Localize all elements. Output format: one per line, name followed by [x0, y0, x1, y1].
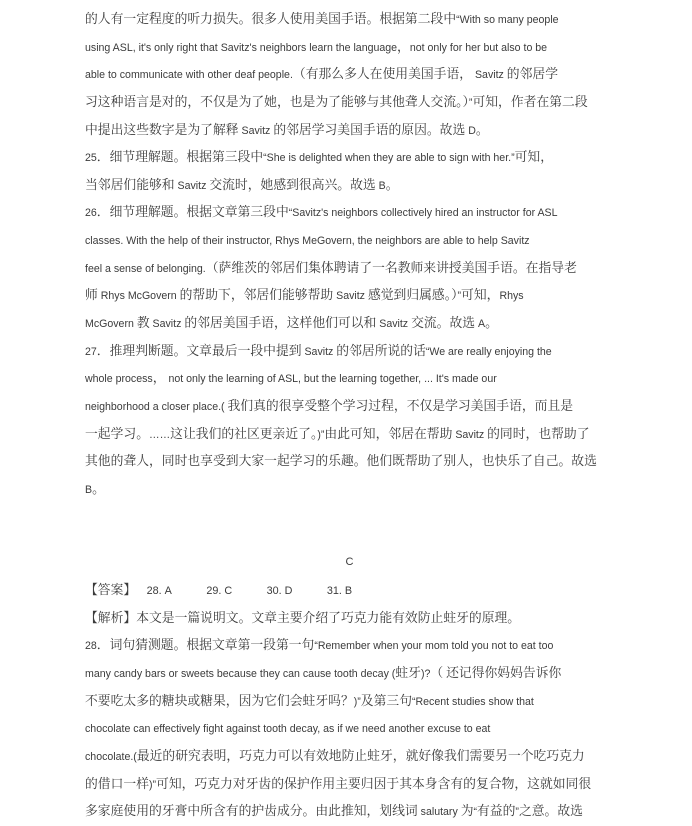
text-line: many candy bars or sweets because they c…	[85, 659, 614, 687]
text-line: 的借口一样)”可知，巧克力对牙齿的保护作用主要归因于其本身含有的复合物，这就如同…	[85, 770, 614, 798]
text-line: 习这种语言是对的，不仅是为了她，也是为了能够与其他聋人交流。）”可知，作者在第二…	[85, 88, 614, 116]
paragraph: 26．细节理解题。根据文章第三段中“Savitz's neighbors col…	[85, 198, 614, 336]
text-line: McGovern 教 Savitz 的邻居美国手语，这样他们可以和 Savitz…	[85, 309, 614, 337]
answer-key-row: 【答案】 28. A 29. C 30. D 31. B	[85, 576, 614, 604]
latin-text-run: whole process	[85, 373, 153, 385]
text-line: 25．细节理解题。根据第三段中“She is delighted when th…	[85, 143, 614, 171]
latin-text-run: )”	[354, 696, 361, 708]
latin-text-run: able to communicate with other deaf peop…	[85, 69, 293, 81]
latin-text-run: McGovern	[85, 318, 137, 330]
passage-c-explanations: 28．词句猜测题。根据文章第一段第一句“Remember when your m…	[85, 631, 614, 824]
latin-text-run: ……	[149, 429, 170, 441]
latin-text-run: “Savitz's neighbors collectively hired a…	[289, 207, 558, 219]
latin-text-run: Savitz	[376, 318, 411, 330]
cjk-text-run: 感觉到归属感。）	[368, 287, 458, 302]
latin-text-run: )?	[421, 668, 430, 680]
latin-text-run: )”	[149, 779, 156, 791]
text-line: using ASL, it's only right that Savitz's…	[85, 33, 614, 61]
passage-b-explanations: 的人有一定程度的听力损失。很多人使用美国手语。根据第二段中“With so ma…	[85, 5, 614, 503]
cjk-text-run: 。	[476, 122, 489, 137]
cjk-text-run: 可知，巧克力对牙齿的保护作用主要归因于其本身含有的复合物，这就如同很	[156, 776, 591, 791]
latin-text-run: 28	[85, 640, 97, 652]
latin-text-run: classes. With the help of their instruct…	[85, 235, 530, 247]
latin-text-run: 25	[85, 152, 97, 164]
cjk-text-run: 。	[485, 315, 498, 330]
cjk-text-run: 交流时，她感到很高兴。故选	[209, 177, 375, 192]
cjk-text-run: ．细节理解题。根据文章第三段中	[97, 204, 289, 219]
text-line: 的人有一定程度的听力损失。很多人使用美国手语。根据第二段中“With so ma…	[85, 5, 614, 33]
analysis-row: 【解析】本文是一篇说明文。文章主要介绍了巧克力能有效防止蛀牙的原理。	[85, 604, 614, 632]
text-line: 不要吃太多的糖块或糖果，因为它们会蛀牙吗？)”及第三句“Recent studi…	[85, 687, 614, 715]
cjk-text-run: 的邻居所说的话	[336, 343, 426, 358]
latin-text-run: Savitz	[175, 180, 210, 192]
analysis-text: 本文是一篇说明文。文章主要介绍了巧克力能有效防止蛀牙的原理。	[136, 610, 520, 625]
latin-text-run: “With so many people	[456, 14, 558, 26]
cjk-text-run: 当邻居们能够和	[85, 177, 175, 192]
cjk-text-run: 一起学习。	[85, 426, 149, 441]
latin-text-run: Rhys	[499, 290, 523, 302]
paragraph: 27．推理判断题。文章最后一段中提到 Savitz 的邻居所说的话“We are…	[85, 337, 614, 503]
cjk-text-run: 可知，	[461, 287, 499, 302]
analysis-label: 【解析】	[85, 610, 136, 625]
latin-text-run: feel a sense of belonging.	[85, 263, 206, 275]
cjk-text-run: 的邻居学	[507, 66, 558, 81]
latin-text-run: B	[376, 180, 386, 192]
latin-text-run: many candy bars or sweets because they c…	[85, 668, 395, 680]
latin-text-run: A	[475, 318, 485, 330]
cjk-text-run: 有益的	[477, 803, 515, 818]
latin-text-run: using ASL, it's only right that Savitz's…	[85, 42, 397, 54]
cjk-text-run: 交流。故选	[411, 315, 475, 330]
cjk-text-run: ，	[397, 39, 410, 54]
cjk-text-run: 的同时，也帮助了	[487, 426, 589, 441]
text-line: able to communicate with other deaf peop…	[85, 60, 614, 88]
cjk-text-run: 这让我们的社区更亲近了。	[170, 426, 317, 441]
cjk-text-run: 之意。故选	[519, 803, 583, 818]
cjk-text-run: 中提出这些数字是为了解释	[85, 122, 239, 137]
latin-text-run: chocolate can effectively fight against …	[85, 723, 490, 735]
latin-text-run: D	[465, 125, 476, 137]
cjk-text-run: 可知，作者在第二段	[472, 94, 587, 109]
cjk-text-run: 由此可知，邻居在帮助	[324, 426, 452, 441]
cjk-text-run: 教	[137, 315, 150, 330]
cjk-text-run: 。	[386, 177, 399, 192]
cjk-text-run: 蛀牙	[395, 665, 421, 680]
cjk-text-run: 为	[461, 803, 474, 818]
latin-text-run: 26	[85, 207, 97, 219]
latin-text-run: not only the learning of ASL, but the le…	[166, 373, 497, 385]
cjk-text-run: 的邻居学习美国手语的原因。故选	[273, 122, 465, 137]
text-line: 28．词句猜测题。根据文章第一段第一句“Remember when your m…	[85, 631, 614, 659]
cjk-text-run: 习这种语言是对的，不仅是为了她，也是为了能够与其他聋人交流。）	[85, 94, 469, 109]
text-line: chocolate.(最近的研究表明，巧克力可以有效地防止蛀牙，就好像我们需要另…	[85, 742, 614, 770]
text-line: 中提出这些数字是为了解释 Savitz 的邻居学习美国手语的原因。故选 D。	[85, 116, 614, 144]
cjk-text-run: 的借口一样	[85, 776, 149, 791]
latin-text-run: Savitz	[302, 346, 337, 358]
text-line: 其他的聋人，同时也享受到大家一起学习的乐趣。他们既帮助了别人，也快乐了自己。故选	[85, 447, 614, 475]
latin-text-run: 27	[85, 346, 97, 358]
latin-text-run: Savitz	[239, 125, 274, 137]
latin-text-run: neighborhood a closer place.(	[85, 401, 228, 413]
cjk-text-run: ，	[153, 370, 166, 385]
answer-item-31: 31. B	[327, 585, 352, 597]
section-heading-c: C	[85, 549, 614, 577]
document-page: 的人有一定程度的听力损失。很多人使用美国手语。根据第二段中“With so ma…	[0, 0, 692, 826]
latin-text-run: Savitz	[150, 318, 185, 330]
latin-text-run: salutary	[418, 806, 461, 818]
latin-text-run: Savitz	[333, 290, 368, 302]
text-line: 27．推理判断题。文章最后一段中提到 Savitz 的邻居所说的话“We are…	[85, 337, 614, 365]
latin-text-run: Rhys McGovern	[98, 290, 180, 302]
cjk-text-run: 师	[85, 287, 98, 302]
text-line: neighborhood a closer place.( 我们真的很享受整个学…	[85, 392, 614, 420]
cjk-text-run: 的人有一定程度的听力损失。很多人使用美国手语。根据第二段中	[85, 11, 456, 26]
cjk-text-run: 多家庭使用的牙膏中所含有的护齿成分。由此推知，划线词	[85, 803, 418, 818]
text-line: 师 Rhys McGovern 的帮助下，邻居们能够帮助 Savitz 感觉到归…	[85, 281, 614, 309]
latin-text-run: “Remember when your mom told you not to …	[314, 640, 553, 652]
cjk-text-run: 我们真的很享受整个学习过程，不仅是学习美国手语，而且是	[228, 398, 574, 413]
cjk-text-run: 不要吃太多的糖块或糖果，因为它们会蛀牙吗？	[85, 693, 354, 708]
latin-text-run: “We are really enjoying the	[426, 346, 552, 358]
text-line: 一起学习。……这让我们的社区更亲近了。)”由此可知，邻居在帮助 Savitz 的…	[85, 420, 614, 448]
cjk-text-run: 可知，	[515, 149, 553, 164]
paragraph: 25．细节理解题。根据第三段中“She is delighted when th…	[85, 143, 614, 198]
cjk-text-run: ．词句猜测题。根据文章第一段第一句	[97, 637, 315, 652]
latin-text-run: “Recent studies show that	[412, 696, 534, 708]
latin-text-run: not only for her but also to be	[410, 42, 547, 54]
cjk-text-run: 还记得你妈妈告诉你	[446, 665, 561, 680]
cjk-text-run: ．细节理解题。根据第三段中	[97, 149, 263, 164]
cjk-text-run: 的邻居美国手语，这样他们可以和	[184, 315, 376, 330]
latin-text-run: Savitz	[452, 429, 487, 441]
answer-item-29: 29. C	[206, 585, 232, 597]
cjk-text-run: （有那么多人在使用美国手语，	[293, 66, 472, 81]
text-line: 多家庭使用的牙膏中所含有的护齿成分。由此推知，划线词 salutary 为“有益…	[85, 797, 614, 825]
latin-text-run: Savitz	[472, 69, 507, 81]
paragraph: 的人有一定程度的听力损失。很多人使用美国手语。根据第二段中“With so ma…	[85, 5, 614, 143]
latin-text-run: “She is delighted when they are able to …	[263, 152, 514, 164]
cjk-text-run: 其他的聋人，同时也享受到大家一起学习的乐趣。他们既帮助了别人，也快乐了自己。故选	[85, 453, 597, 468]
text-line: B。	[85, 475, 614, 503]
answers-label: 【答案】	[85, 582, 136, 597]
text-line: classes. With the help of their instruct…	[85, 226, 614, 254]
cjk-text-run: 及第三句	[361, 693, 412, 708]
text-line: feel a sense of belonging.（萨维茨的邻居们集体聘请了一…	[85, 254, 614, 282]
cjk-text-run: （	[430, 665, 443, 680]
cjk-text-run: （萨维茨的邻居们集体聘请了一名教师来讲授美国手语。在指导老	[206, 260, 577, 275]
paragraph: 28．词句猜测题。根据文章第一段第一句“Remember when your m…	[85, 631, 614, 824]
cjk-text-run: 的帮助下，邻居们能够帮助	[180, 287, 334, 302]
text-line: whole process， not only the learning of …	[85, 364, 614, 392]
cjk-text-run: 。	[92, 481, 105, 496]
cjk-text-run: ．推理判断题。文章最后一段中提到	[97, 343, 302, 358]
answer-item-28: 28. A	[147, 585, 172, 597]
answer-item-30: 30. D	[267, 585, 293, 597]
text-line: chocolate can effectively fight against …	[85, 714, 614, 742]
text-line: 当邻居们能够和 Savitz 交流时，她感到很高兴。故选 B。	[85, 171, 614, 199]
text-line: 26．细节理解题。根据文章第三段中“Savitz's neighbors col…	[85, 198, 614, 226]
cjk-text-run: 最近的研究表明，巧克力可以有效地防止蛀牙，就好像我们需要另一个吃巧克力	[137, 748, 585, 763]
latin-text-run: chocolate.(	[85, 751, 137, 763]
